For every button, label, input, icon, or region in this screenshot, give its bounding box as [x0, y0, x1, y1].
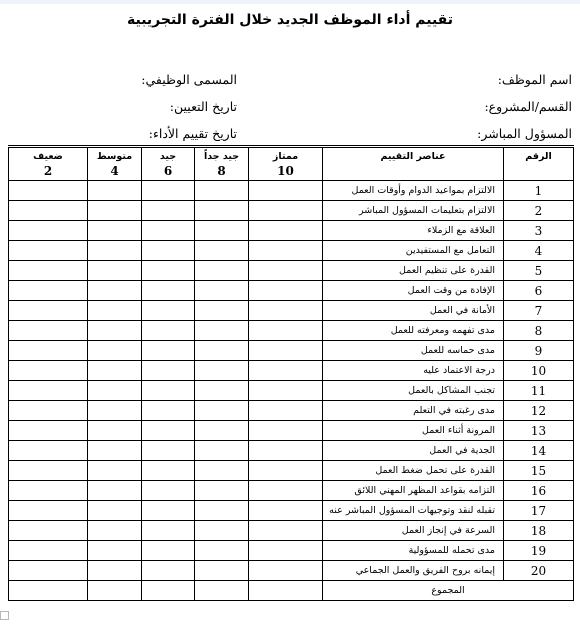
rating-cell-weak[interactable]	[9, 521, 88, 541]
rating-cell-good[interactable]	[142, 301, 195, 321]
row-number: 4	[504, 241, 574, 261]
rating-cell-weak[interactable]	[9, 421, 88, 441]
evaluation-element: تقبله لنقد وتوجيهات المسؤول المباشر عنه	[323, 501, 504, 521]
evaluation-element: الإفادة من وقت العمل	[323, 281, 504, 301]
rating-cell-excellent[interactable]	[249, 461, 323, 481]
table-row: 19مدى تحمله للمسؤولية	[9, 541, 574, 561]
rating-cell-very-good[interactable]	[195, 401, 249, 421]
rating-cell-very-good[interactable]	[195, 301, 249, 321]
rating-cell-good[interactable]	[142, 281, 195, 301]
rating-cell-very-good[interactable]	[195, 261, 249, 281]
table-row: 11تجنب المشاكل بالعمل	[9, 381, 574, 401]
rating-cell-good[interactable]	[142, 561, 195, 581]
rating-cell-excellent[interactable]	[249, 561, 323, 581]
rating-cell-excellent[interactable]	[249, 321, 323, 341]
supervisor-label: المسؤول المباشر:	[477, 126, 572, 141]
rating-cell-weak[interactable]	[9, 381, 88, 401]
row-number: 11	[504, 381, 574, 401]
total-cell-excellent[interactable]	[249, 581, 323, 601]
rating-cell-very-good[interactable]	[195, 241, 249, 261]
rating-cell-average[interactable]	[88, 381, 142, 401]
rating-cell-very-good[interactable]	[195, 521, 249, 541]
table-header-row: الرقم عناصر التقييم ممتاز10 جيد جداً8 جي…	[9, 147, 574, 181]
rating-cell-weak[interactable]	[9, 481, 88, 501]
table-row: 8مدى تفهمه ومعرفته للعمل	[9, 321, 574, 341]
rating-cell-very-good[interactable]	[195, 381, 249, 401]
rating-cell-weak[interactable]	[9, 361, 88, 381]
rating-cell-average[interactable]	[88, 361, 142, 381]
rating-cell-average[interactable]	[88, 341, 142, 361]
row-number: 17	[504, 501, 574, 521]
row-number: 7	[504, 301, 574, 321]
row-number: 8	[504, 321, 574, 341]
rating-cell-good[interactable]	[142, 321, 195, 341]
rating-cell-good[interactable]	[142, 501, 195, 521]
row-number: 2	[504, 201, 574, 221]
table-row: 12مدى رغبته في التعلم	[9, 401, 574, 421]
rating-cell-very-good[interactable]	[195, 461, 249, 481]
rating-cell-very-good[interactable]	[195, 181, 249, 201]
header-average: متوسط4	[88, 147, 142, 181]
table-row: 15القدرة على تحمل ضغط العمل	[9, 461, 574, 481]
rating-cell-weak[interactable]	[9, 441, 88, 461]
table-row: 14الجدية في العمل	[9, 441, 574, 461]
table-row: 20إيمانه بروح الفريق والعمل الجماعي	[9, 561, 574, 581]
rating-cell-good[interactable]	[142, 441, 195, 461]
rating-cell-excellent[interactable]	[249, 221, 323, 241]
rating-cell-very-good[interactable]	[195, 501, 249, 521]
evaluation-element: مدى حماسه للعمل	[323, 341, 504, 361]
table-row: 17تقبله لنقد وتوجيهات المسؤول المباشر عن…	[9, 501, 574, 521]
rating-cell-weak[interactable]	[9, 321, 88, 341]
evaluation-element: السرعة في إنجاز العمل	[323, 521, 504, 541]
evaluation-element: التعامل مع المستفيدين	[323, 241, 504, 261]
rating-cell-average[interactable]	[88, 521, 142, 541]
rating-cell-good[interactable]	[142, 461, 195, 481]
rating-cell-very-good[interactable]	[195, 321, 249, 341]
row-number: 16	[504, 481, 574, 501]
rating-cell-very-good[interactable]	[195, 441, 249, 461]
evaluation-element: القدرة على تحمل ضغط العمل	[323, 461, 504, 481]
rating-cell-good[interactable]	[142, 401, 195, 421]
table-row: 7الأمانة في العمل	[9, 301, 574, 321]
evaluation-element: الجدية في العمل	[323, 441, 504, 461]
header-very-good: جيد جداً8	[195, 147, 249, 181]
row-number: 9	[504, 341, 574, 361]
rating-cell-weak[interactable]	[9, 461, 88, 481]
evaluation-element: الأمانة في العمل	[323, 301, 504, 321]
rating-cell-average[interactable]	[88, 201, 142, 221]
table-row: 13المرونة أثناء العمل	[9, 421, 574, 441]
table-row: 1الالتزام بمواعيد الدوام وأوقات العمل	[9, 181, 574, 201]
rating-cell-very-good[interactable]	[195, 421, 249, 441]
rating-cell-excellent[interactable]	[249, 481, 323, 501]
employee-name-label: اسم الموظف:	[498, 72, 572, 87]
rating-cell-weak[interactable]	[9, 281, 88, 301]
page-title: تقييم أداء الموظف الجديد خلال الفترة الت…	[0, 12, 580, 28]
rating-cell-very-good[interactable]	[195, 201, 249, 221]
table-row: 18السرعة في إنجاز العمل	[9, 521, 574, 541]
window-top-strip	[0, 0, 580, 4]
rating-cell-good[interactable]	[142, 201, 195, 221]
rating-cell-excellent[interactable]	[249, 381, 323, 401]
rating-cell-excellent[interactable]	[249, 281, 323, 301]
row-number: 10	[504, 361, 574, 381]
total-cell-good[interactable]	[142, 581, 195, 601]
evaluation-element: القدرة على تنظيم العمل	[323, 261, 504, 281]
rating-cell-average[interactable]	[88, 221, 142, 241]
rating-cell-average[interactable]	[88, 561, 142, 581]
evaluation-element: تجنب المشاكل بالعمل	[323, 381, 504, 401]
evaluation-date-label: تاريخ تقييم الأداء:	[149, 126, 237, 141]
row-number: 20	[504, 561, 574, 581]
rating-cell-very-good[interactable]	[195, 481, 249, 501]
total-row: المجموع	[9, 581, 574, 601]
hire-date-label: تاريخ التعيين:	[170, 99, 237, 114]
row-number: 14	[504, 441, 574, 461]
header-weak: ضعيف2	[9, 147, 88, 181]
rating-cell-weak[interactable]	[9, 201, 88, 221]
evaluation-element: التزامه بقواعد المظهر المهني اللائق	[323, 481, 504, 501]
rating-cell-very-good[interactable]	[195, 541, 249, 561]
row-number: 3	[504, 221, 574, 241]
table-row: 16التزامه بقواعد المظهر المهني اللائق	[9, 481, 574, 501]
rating-cell-good[interactable]	[142, 181, 195, 201]
rating-cell-very-good[interactable]	[195, 361, 249, 381]
table-row: 2الالتزام بتعليمات المسؤول المباشر	[9, 201, 574, 221]
header-element: عناصر التقييم	[323, 147, 504, 181]
rating-cell-very-good[interactable]	[195, 561, 249, 581]
rating-cell-weak[interactable]	[9, 541, 88, 561]
row-number: 15	[504, 461, 574, 481]
rating-cell-excellent[interactable]	[249, 341, 323, 361]
rating-cell-good[interactable]	[142, 521, 195, 541]
rating-cell-excellent[interactable]	[249, 241, 323, 261]
evaluation-element: مدى تحمله للمسؤولية	[323, 541, 504, 561]
row-number: 13	[504, 421, 574, 441]
evaluation-element: الالتزام بتعليمات المسؤول المباشر	[323, 201, 504, 221]
rating-cell-very-good[interactable]	[195, 281, 249, 301]
table-row: 6الإفادة من وقت العمل	[9, 281, 574, 301]
rating-cell-weak[interactable]	[9, 401, 88, 421]
table-anchor-icon	[0, 611, 9, 620]
rating-cell-weak[interactable]	[9, 341, 88, 361]
evaluation-element: الالتزام بمواعيد الدوام وأوقات العمل	[323, 181, 504, 201]
job-title-label: المسمى الوظيفي:	[141, 72, 237, 87]
rating-cell-excellent[interactable]	[249, 501, 323, 521]
rating-cell-average[interactable]	[88, 181, 142, 201]
evaluation-element: العلاقة مع الزملاء	[323, 221, 504, 241]
rating-cell-weak[interactable]	[9, 181, 88, 201]
evaluation-element: مدى رغبته في التعلم	[323, 401, 504, 421]
row-number: 12	[504, 401, 574, 421]
rating-cell-good[interactable]	[142, 541, 195, 561]
rating-cell-excellent[interactable]	[249, 181, 323, 201]
table-row: 5القدرة على تنظيم العمل	[9, 261, 574, 281]
header-excellent: ممتاز10	[249, 147, 323, 181]
rating-cell-good[interactable]	[142, 481, 195, 501]
rating-cell-average[interactable]	[88, 301, 142, 321]
rating-cell-very-good[interactable]	[195, 341, 249, 361]
row-number: 19	[504, 541, 574, 561]
rating-cell-good[interactable]	[142, 241, 195, 261]
header-good: جيد6	[142, 147, 195, 181]
rating-cell-excellent[interactable]	[249, 261, 323, 281]
rating-cell-weak[interactable]	[9, 261, 88, 281]
rating-cell-excellent[interactable]	[249, 361, 323, 381]
total-cell-average[interactable]	[88, 581, 142, 601]
rating-cell-average[interactable]	[88, 421, 142, 441]
rating-cell-weak[interactable]	[9, 501, 88, 521]
rating-cell-good[interactable]	[142, 221, 195, 241]
evaluation-table: الرقم عناصر التقييم ممتاز10 جيد جداً8 جي…	[8, 145, 574, 601]
rating-cell-weak[interactable]	[9, 221, 88, 241]
rating-cell-average[interactable]	[88, 401, 142, 421]
department-label: القسم/المشروع:	[484, 99, 572, 114]
rating-cell-excellent[interactable]	[249, 441, 323, 461]
rating-cell-average[interactable]	[88, 241, 142, 261]
rating-cell-good[interactable]	[142, 421, 195, 441]
rating-cell-excellent[interactable]	[249, 301, 323, 321]
header-number: الرقم	[504, 147, 574, 181]
total-cell-weak[interactable]	[9, 581, 88, 601]
evaluation-element: مدى تفهمه ومعرفته للعمل	[323, 321, 504, 341]
evaluation-element: درجة الاعتماد عليه	[323, 361, 504, 381]
rating-cell-average[interactable]	[88, 501, 142, 521]
total-cell-very-good[interactable]	[195, 581, 249, 601]
rating-cell-average[interactable]	[88, 461, 142, 481]
rating-cell-average[interactable]	[88, 541, 142, 561]
rating-cell-good[interactable]	[142, 261, 195, 281]
rating-cell-good[interactable]	[142, 341, 195, 361]
table-row: 10درجة الاعتماد عليه	[9, 361, 574, 381]
rating-cell-average[interactable]	[88, 321, 142, 341]
rating-cell-excellent[interactable]	[249, 521, 323, 541]
rating-cell-weak[interactable]	[9, 301, 88, 321]
rating-cell-weak[interactable]	[9, 561, 88, 581]
rating-cell-excellent[interactable]	[249, 541, 323, 561]
row-number: 5	[504, 261, 574, 281]
rating-cell-average[interactable]	[88, 261, 142, 281]
rating-cell-excellent[interactable]	[249, 401, 323, 421]
rating-cell-good[interactable]	[142, 361, 195, 381]
evaluation-element: إيمانه بروح الفريق والعمل الجماعي	[323, 561, 504, 581]
total-label: المجموع	[323, 581, 574, 601]
row-number: 1	[504, 181, 574, 201]
table-row: 3العلاقة مع الزملاء	[9, 221, 574, 241]
rating-cell-good[interactable]	[142, 381, 195, 401]
rating-cell-very-good[interactable]	[195, 221, 249, 241]
rating-cell-excellent[interactable]	[249, 201, 323, 221]
table-row: 4التعامل مع المستفيدين	[9, 241, 574, 261]
table-row: 9مدى حماسه للعمل	[9, 341, 574, 361]
row-number: 6	[504, 281, 574, 301]
evaluation-element: المرونة أثناء العمل	[323, 421, 504, 441]
rating-cell-excellent[interactable]	[249, 421, 323, 441]
rating-cell-weak[interactable]	[9, 241, 88, 261]
rating-cell-average[interactable]	[88, 281, 142, 301]
rating-cell-average[interactable]	[88, 481, 142, 501]
row-number: 18	[504, 521, 574, 541]
rating-cell-average[interactable]	[88, 441, 142, 461]
